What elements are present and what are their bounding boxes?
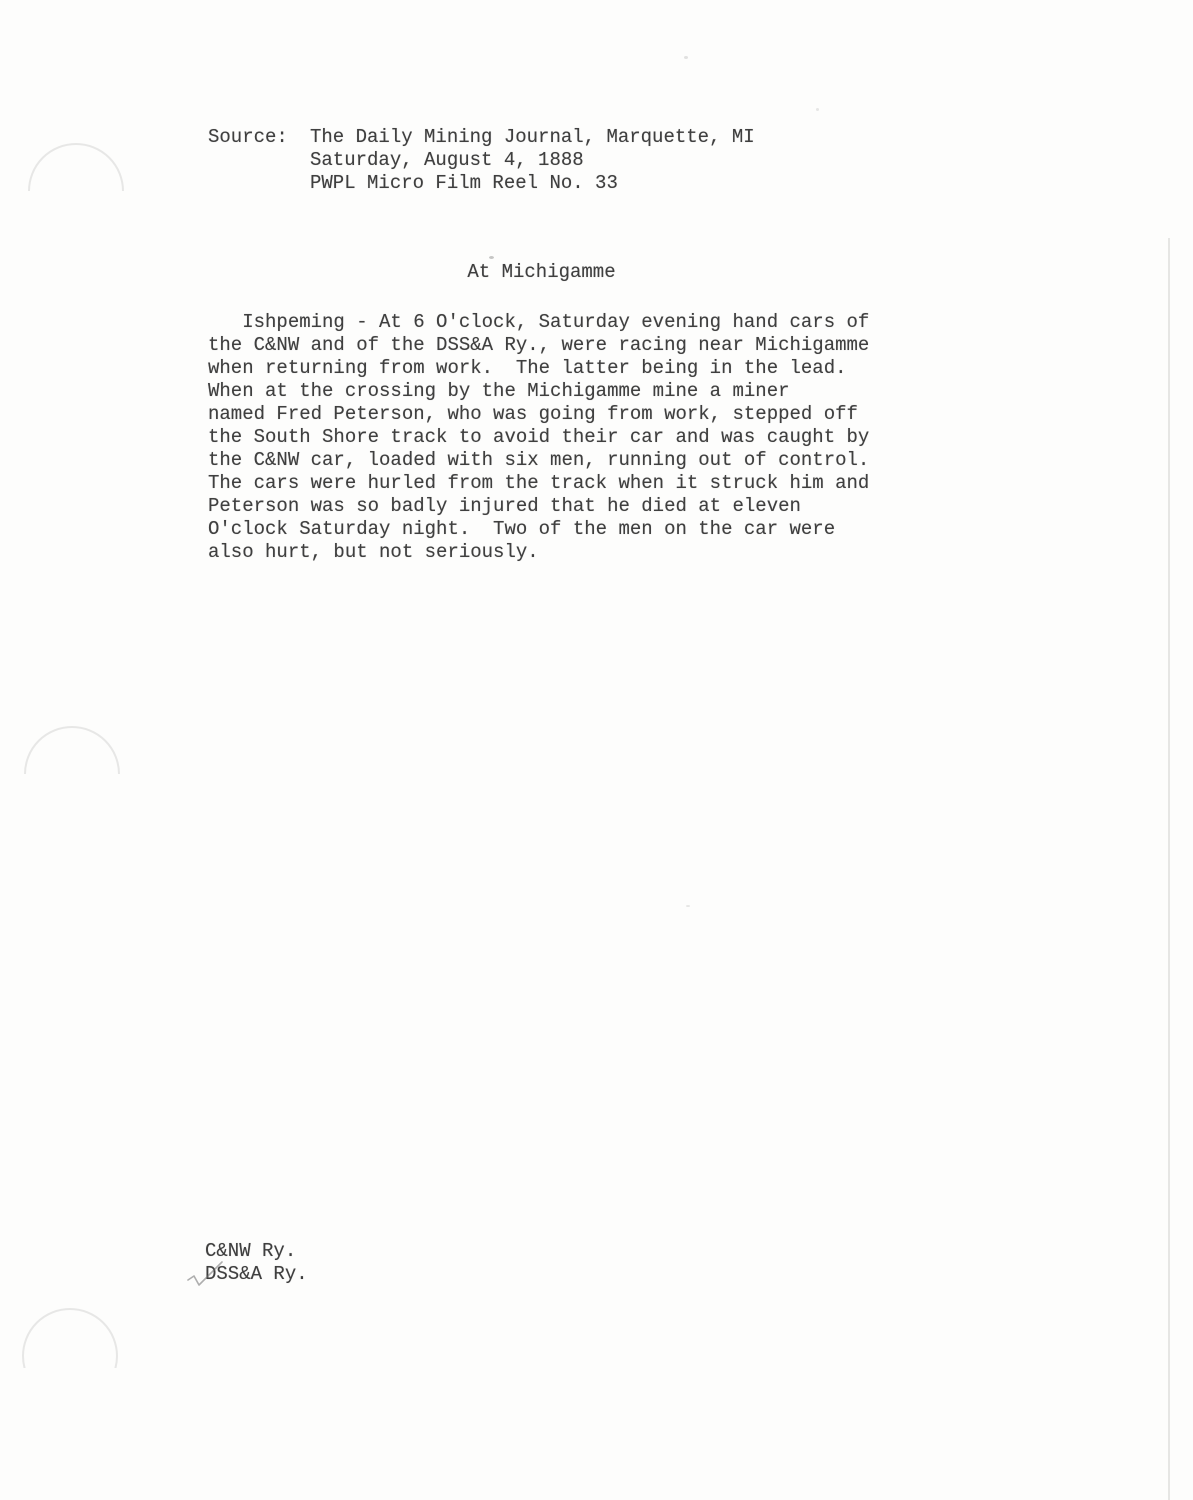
scan-page-edge-line: [1168, 238, 1170, 1500]
railway-footer-labels: C&NW Ry. DSS&A Ry.: [205, 1240, 308, 1286]
scanned-document-page: Source: The Daily Mining Journal, Marque…: [0, 0, 1193, 1500]
scan-speck: [684, 56, 688, 59]
article-title: At Michigamme: [208, 261, 875, 284]
scan-speck: [489, 256, 494, 259]
scan-speck: [816, 108, 819, 111]
source-citation: The Daily Mining Journal, Marquette, MI …: [310, 126, 755, 195]
scan-speck: [686, 905, 690, 907]
punch-hole-mark: [28, 143, 124, 191]
article-body: Ishpeming - At 6 O'clock, Saturday eveni…: [208, 311, 869, 564]
source-label: Source:: [208, 126, 288, 149]
punch-hole-mark: [22, 1308, 118, 1368]
punch-hole-mark: [24, 726, 120, 774]
